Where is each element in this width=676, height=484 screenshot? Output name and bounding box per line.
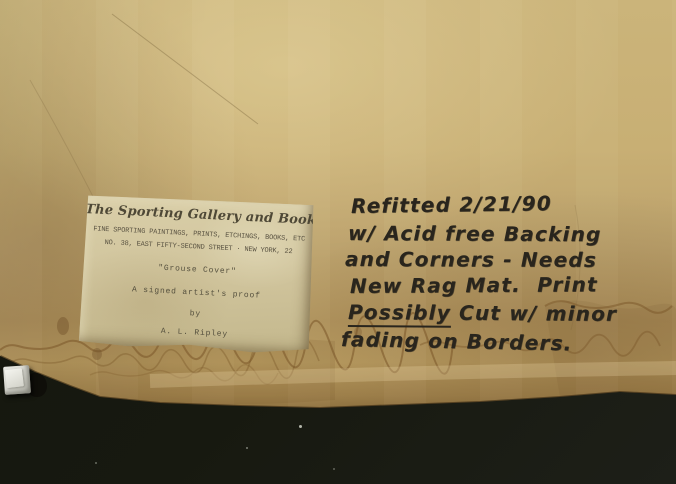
note-line: New Rag Mat. Print [350,270,661,299]
byline: by [80,304,310,324]
note-line: and Corners - Needs [345,246,661,274]
note-line: Possibly Cut w/ minor [348,299,661,328]
kraft-paper-backing: The Sporting Gallery and Bookshop, INC. … [0,0,676,412]
dust-speck [299,425,302,428]
note-line: w/ Acid free Backing [348,220,661,248]
dust-speck [95,462,97,464]
artwork-title: "Grouse Cover" [82,260,312,280]
underlined-word: Possibly [348,300,451,328]
note-line: fading on Borders. [341,326,661,359]
label-header: The Sporting Gallery and Bookshop, INC. [85,202,315,228]
note-line-rest: Cut w/ minor [451,301,617,326]
note-line: Refitted 2/21/90 [351,189,661,220]
photo-frame-back: { "scene": { "description": "Photograph … [0,0,676,484]
artist-name: A. L. Ripley [79,323,309,343]
bumper-top-face [5,368,24,388]
gallery-label: The Sporting Gallery and Bookshop, INC. … [79,194,316,355]
proof-note: A signed artist's proof [81,283,311,303]
dust-speck [246,447,248,449]
frame-bumper-pad [3,365,31,395]
dust-speck [333,468,335,470]
handwritten-conservation-note: Refitted 2/21/90 w/ Acid free Backing an… [341,193,661,352]
